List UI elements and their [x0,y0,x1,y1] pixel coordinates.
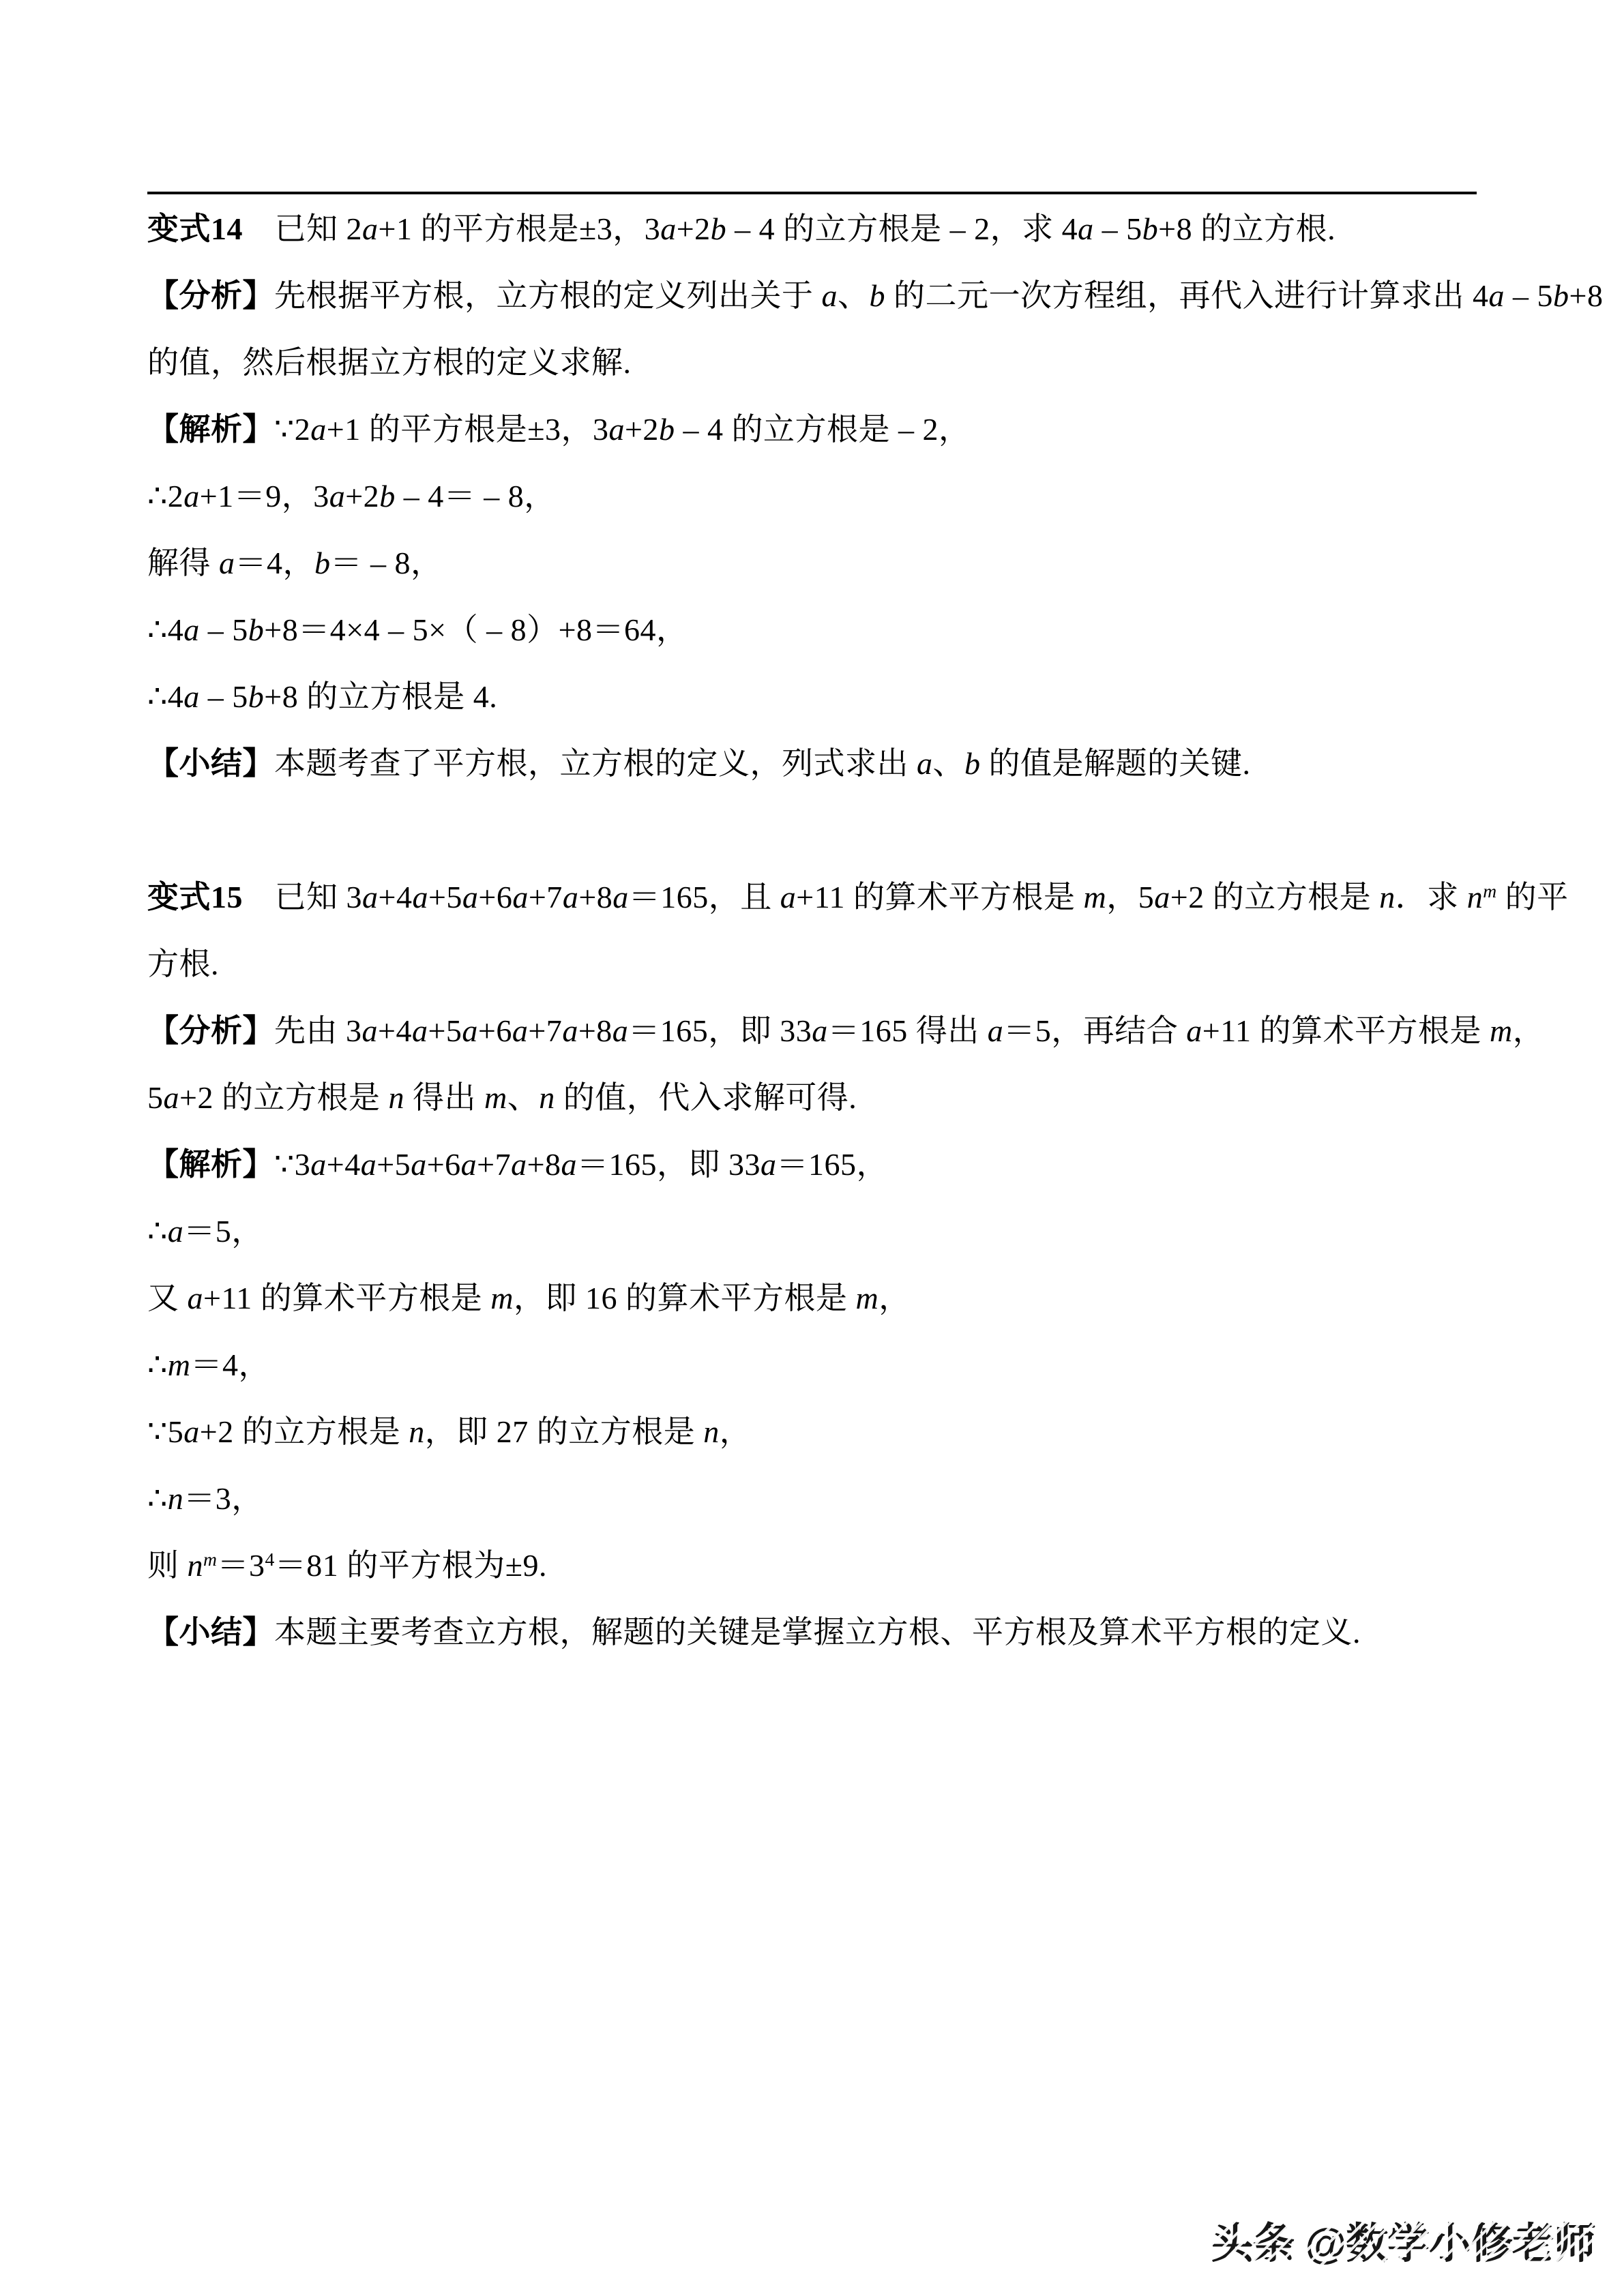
text-run: m [203,1549,217,1570]
text-run: a [362,880,379,914]
text-run: +8 [1569,278,1604,313]
text-run: – 5 [200,679,248,714]
text-run: ∵3 [274,1147,310,1182]
text-run: 先由 3 [274,1013,362,1048]
text-run: ∴2 [147,479,183,513]
text-run: a [329,479,346,513]
text-run: a [183,479,200,513]
text-run: +11 的算术平方根是 [796,880,1083,914]
text-run: b [870,278,886,313]
text-run: a [511,1147,527,1182]
text-line: 【分析】先由 3a+4a+5a+6a+7a+8a＝165，即 33a＝165 得… [147,998,1477,1064]
text-run: 的值，然后根据立方根的定义求解. [147,345,632,380]
text-line: 【小结】本题主要考查立方根，解题的关键是掌握立方根、平方根及算术平方根的定义. [147,1599,1477,1666]
text-run: +5 [428,1013,462,1048]
text-run: 已知 3 [243,880,362,914]
text-run: n [388,1080,404,1115]
text-run: +6 [478,1013,512,1048]
text-run: b [379,479,396,513]
text-run: a [562,1013,578,1048]
text-run: +4 [378,1013,412,1048]
text-run: ∵5 [147,1414,183,1449]
text-run: +2 的立方根是 [179,1080,388,1115]
text-run: a [563,880,579,914]
text-run: a [1186,1013,1202,1048]
text-run: 已知 2 [243,211,362,246]
text-run: ＝4， [235,546,315,580]
text-run: a [362,1013,379,1048]
text-run: ∴ [147,1347,168,1382]
text-run: ．求 [1396,880,1467,914]
text-run: ＝3， [183,1481,263,1516]
text-run: 本题考查了平方根，立方根的定义，列式求出 [274,746,917,781]
text-run: m [855,1281,879,1315]
text-run: ＝4， [191,1347,271,1382]
text-run: a [612,1013,629,1048]
text-run: +8 [578,880,612,914]
text-run: 变式14 [147,211,243,246]
text-run: a [512,1013,529,1048]
text-run: +7 [477,1147,511,1182]
text-run: a [561,1147,578,1182]
text-run: 【解析】 [147,412,274,447]
text-line: ∴4a – 5b+8 的立方根是 4. [147,664,1477,730]
text-run: +11 的算术平方根是 [1202,1013,1490,1048]
text-run: ，5 [1106,880,1154,914]
text-run: +8 [578,1013,612,1048]
text-run: n [188,1548,204,1583]
text-run: a [1154,880,1170,914]
text-run: a [988,1013,1004,1048]
text-run: – 5 [1094,211,1142,246]
text-run: ＝165，即 33 [628,1013,812,1048]
text-run: b [314,546,331,580]
text-run: 得出 [404,1080,484,1115]
text-run: 【小结】 [147,1615,274,1650]
text-run: +8＝4×4 – 5×（ – 8）+8＝64， [264,612,688,647]
text-run: a [412,1013,428,1048]
text-run: – 4＝ – 8， [396,479,556,513]
text-run: +2 [345,479,379,513]
text-run: a [183,1414,200,1449]
text-run: m [484,1080,507,1115]
text-run: +4 [379,880,413,914]
text-run: ＝5， [183,1214,263,1249]
text-line: 则 nm＝34＝81 的平方根为±9. [147,1532,1477,1599]
text-line: 又 a+11 的算术平方根是 m，即 16 的算术平方根是 m， [147,1265,1477,1332]
text-run: 5 [147,1080,164,1115]
text-run: a [812,1013,828,1048]
text-run: – 4 的立方根是 – 2， [675,412,970,447]
text-run: a [310,1147,327,1182]
text-run: b [1142,211,1159,246]
text-run: a [411,1147,427,1182]
text-run: a [188,1281,204,1315]
text-line: 5a+2 的立方根是 n 得出 m、n 的值，代入求解可得. [147,1064,1477,1131]
text-run: ∵2 [274,412,310,447]
text-run: m [1084,880,1107,914]
text-run: a [361,1147,377,1182]
text-run: 则 [147,1548,188,1583]
text-run: b [964,746,981,781]
text-run: ，即 27 的立方根是 [425,1414,704,1449]
text-run: n [409,1414,425,1449]
text-run: a [822,278,838,313]
text-run: +7 [529,880,563,914]
text-run: +2 [677,211,711,246]
text-run: a [164,1080,180,1115]
text-run: a [461,1147,477,1182]
blank-line [147,797,1477,864]
text-run: a [183,612,200,647]
text-line: ∴4a – 5b+8＝4×4 – 5×（ – 8）+8＝64， [147,597,1477,664]
text-run: +5 [377,1147,411,1182]
text-run: a [917,746,933,781]
text-run: +11 的算术平方根是 [203,1281,490,1315]
text-run: a [612,880,629,914]
text-run: +2 [625,412,659,447]
text-run: 【小结】 [147,746,274,781]
text-line: 【解析】∵3a+4a+5a+6a+7a+8a＝165，即 33a＝165， [147,1131,1477,1198]
text-line: ∴n＝3， [147,1465,1477,1532]
text-run: +1 的平方根是±3，3 [327,412,609,447]
text-run: ， [1513,1013,1545,1048]
text-run: a [412,880,428,914]
text-run: 【分析】 [147,278,274,313]
text-run: 方根. [147,946,219,981]
text-run: 4 [265,1549,274,1570]
text-run: n [703,1414,720,1449]
text-run: 又 [147,1281,188,1315]
text-line: ∴m＝4， [147,1332,1477,1399]
text-run: ＝165， [777,1147,889,1182]
document-body: 变式14 已知 2a+1 的平方根是±3，3a+2b – 4 的立方根是 – 2… [147,196,1477,1666]
text-run: n [1379,880,1396,914]
text-run: ＝165，即 33 [577,1147,761,1182]
text-run: ∴4 [147,679,183,714]
text-run: 先根据平方根，立方根的定义列出关于 [274,278,822,313]
text-run: a [512,880,529,914]
text-run: +1 的平方根是±3，3 [379,211,661,246]
text-run: b [711,211,727,246]
section-divider-rule [147,192,1477,194]
text-run: b [659,412,675,447]
text-run: ＝ – 8， [331,546,443,580]
text-line: 【解析】∵2a+1 的平方根是±3，3a+2b – 4 的立方根是 – 2， [147,396,1477,463]
text-run: ∴4 [147,612,183,647]
text-run: +6 [427,1147,461,1182]
text-run: +1＝9，3 [200,479,329,513]
text-run: a [761,1147,777,1182]
text-run: +7 [528,1013,562,1048]
text-run: +2 的立方根是 [200,1414,409,1449]
text-run: ＝3 [217,1548,265,1583]
text-run: 、 [838,278,870,313]
text-line: 【分析】先根据平方根，立方根的定义列出关于 a、b 的二元一次方程组，再代入进行… [147,263,1477,329]
text-run: +5 [428,880,462,914]
text-run: +8 [527,1147,561,1182]
text-run: +4 [327,1147,361,1182]
text-run: 的二元一次方程组，再代入进行计算求出 4 [885,278,1489,313]
text-run: n [168,1481,184,1516]
text-run: a [183,679,200,714]
text-run: m [168,1347,191,1382]
text-line: 解得 a＝4，b＝ – 8， [147,530,1477,597]
text-run: – 5 [1505,278,1553,313]
text-line: 方根. [147,931,1477,998]
text-run: 解得 [147,546,219,580]
text-run: m [1490,1013,1513,1048]
text-run: ∴ [147,1481,168,1516]
text-line: ∴a＝5， [147,1198,1477,1265]
text-run: +8 的立方根是 4. [264,679,497,714]
text-run: m [1483,880,1496,901]
text-run: a [462,1013,478,1048]
worksheet-page: 变式14 已知 2a+1 的平方根是±3，3a+2b – 4 的立方根是 – 2… [0,0,1624,2296]
text-run: ＝5，再结合 [1003,1013,1186,1048]
text-line: ∴2a+1＝9，3a+2b – 4＝ – 8， [147,463,1477,530]
text-run: a [780,880,797,914]
document-content: 变式14 已知 2a+1 的平方根是±3，3a+2b – 4 的立方根是 – 2… [147,192,1477,1666]
text-run: a [362,211,379,246]
text-run: ， [879,1281,911,1315]
text-line: 变式14 已知 2a+1 的平方根是±3，3a+2b – 4 的立方根是 – 2… [147,196,1477,263]
text-run: ＝81 的平方根为±9. [275,1548,547,1583]
text-run: ∴ [147,1214,168,1249]
text-run: – 4 的立方根是 – 2，求 4 [726,211,1078,246]
text-run: 、 [507,1080,540,1115]
text-run: ， [720,1414,752,1449]
text-run: a [168,1214,184,1249]
text-run: 的值，代入求解可得. [555,1080,857,1115]
text-run: – 5 [200,612,248,647]
text-line: 变式15 已知 3a+4a+5a+6a+7a+8a＝165，且 a+11 的算术… [147,864,1477,931]
text-run: 的值是解题的关键. [981,746,1251,781]
text-run: n [1467,880,1483,914]
text-run: ＝165，且 [629,880,780,914]
text-run: a [219,546,235,580]
text-run: 本题主要考查立方根，解题的关键是掌握立方根、平方根及算术平方根的定义. [274,1615,1361,1650]
text-run: ＝165 得出 [828,1013,988,1048]
text-line: 【小结】本题考查了平方根，立方根的定义，列式求出 a、b 的值是解题的关键. [147,730,1477,797]
text-run: a [608,412,625,447]
watermark-toutiao-author: 头条 @数学小修老师 [1211,2209,1595,2270]
text-run: a [660,211,677,246]
text-run: +2 的立方根是 [1170,880,1379,914]
text-run: b [248,612,265,647]
text-run: a [310,412,327,447]
text-run: +6 [478,880,512,914]
text-run: 【解析】 [147,1147,274,1182]
text-run: a [1489,278,1505,313]
text-run: 的平 [1497,880,1569,914]
text-run: 【分析】 [147,1013,274,1048]
text-run: 、 [933,746,965,781]
text-run: b [1553,278,1569,313]
text-run: a [462,880,479,914]
text-run: a [1078,211,1094,246]
text-run: ，即 16 的算术平方根是 [514,1281,856,1315]
text-line: ∵5a+2 的立方根是 n，即 27 的立方根是 n， [147,1399,1477,1465]
text-run: m [490,1281,514,1315]
text-line: 的值，然后根据立方根的定义求解. [147,329,1477,396]
text-run: 变式15 [147,880,243,914]
text-run: n [539,1080,555,1115]
text-run: b [248,679,265,714]
text-run: +8 的立方根. [1158,211,1335,246]
